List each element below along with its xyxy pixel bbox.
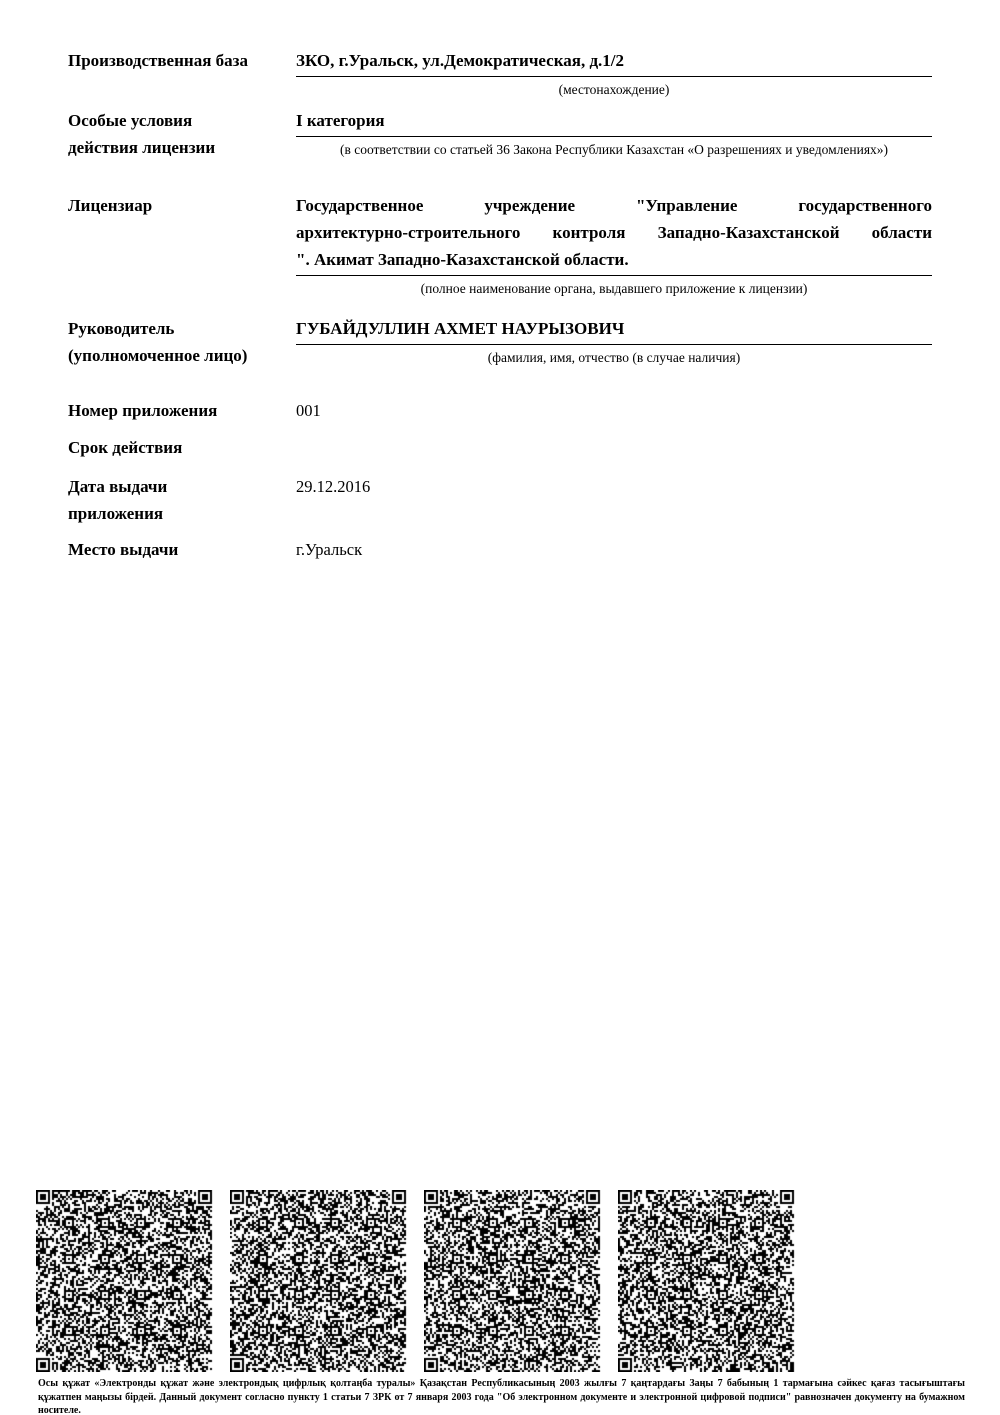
- qr-code-2: [230, 1190, 407, 1372]
- field-special-conditions: Особые условия действия лицензии I катег…: [68, 107, 932, 161]
- license-attachment-document: Производственная база ЗКО, г.Уральск, ул…: [0, 0, 1000, 1415]
- field-label-validity-period: Срок действия: [68, 434, 296, 461]
- head-value: ГУБАЙДУЛЛИН АХМЕТ НАУРЫЗОВИЧ: [296, 315, 932, 345]
- field-licensor: Лицензиар Государственное учреждение "Уп…: [68, 192, 932, 297]
- field-label-production-base: Производственная база: [68, 47, 296, 98]
- licensor-value-line: Государственное учреждение "Управление г…: [296, 192, 932, 219]
- field-label-head: Руководитель (уполномоченное лицо): [68, 315, 296, 369]
- field-value-group: г.Уральск: [296, 536, 932, 563]
- field-label-attachment-number: Номер приложения: [68, 397, 296, 424]
- field-label-issue-date: Дата выдачи приложения: [68, 473, 296, 527]
- production-base-caption: (местонахождение): [296, 77, 932, 98]
- field-value-group: 001: [296, 397, 932, 424]
- field-attachment-number: Номер приложения 001: [68, 397, 932, 424]
- field-value-group: [296, 434, 932, 461]
- field-value-group: Государственное учреждение "Управление г…: [296, 192, 932, 297]
- field-head: Руководитель (уполномоченное лицо) ГУБАЙ…: [68, 315, 932, 369]
- licensor-caption: (полное наименование органа, выдавшего п…: [296, 276, 932, 297]
- field-issue-date: Дата выдачи приложения 29.12.2016: [68, 473, 932, 527]
- licensor-value-line: ". Акимат Западно-Казахстанской области.: [296, 246, 932, 273]
- field-production-base: Производственная база ЗКО, г.Уральск, ул…: [68, 47, 932, 98]
- head-caption: (фамилия, имя, отчество (в случае наличи…: [296, 345, 932, 366]
- attachment-number-value: 001: [296, 397, 932, 424]
- field-value-group: ГУБАЙДУЛЛИН АХМЕТ НАУРЫЗОВИЧ (фамилия, и…: [296, 315, 932, 369]
- qr-code-4: [618, 1190, 795, 1372]
- field-value-group: 29.12.2016: [296, 473, 932, 527]
- issue-date-value: 29.12.2016: [296, 473, 932, 500]
- field-label-licensor: Лицензиар: [68, 192, 296, 297]
- licensor-value-line: архитектурно-строительного контроля Запа…: [296, 219, 932, 246]
- production-base-value: ЗКО, г.Уральск, ул.Демократическая, д.1/…: [296, 47, 932, 77]
- field-issue-place: Место выдачи г.Уральск: [68, 536, 932, 563]
- qr-code-3: [424, 1190, 601, 1372]
- field-validity-period: Срок действия: [68, 434, 932, 461]
- licensor-value: Государственное учреждение "Управление г…: [296, 192, 932, 276]
- field-value-group: ЗКО, г.Уральск, ул.Демократическая, д.1/…: [296, 47, 932, 98]
- field-label-issue-place: Место выдачи: [68, 536, 296, 563]
- field-label-special-conditions: Особые условия действия лицензии: [68, 107, 296, 161]
- special-conditions-caption: (в соответствии со статьей 36 Закона Рес…: [296, 137, 932, 158]
- footer-legal-note: Осы құжат «Электронды құжат және электро…: [38, 1377, 965, 1415]
- issue-place-value: г.Уральск: [296, 536, 932, 563]
- field-value-group: I категория (в соответствии со статьей 3…: [296, 107, 932, 161]
- special-conditions-value: I категория: [296, 107, 932, 137]
- qr-code-1: [36, 1190, 213, 1372]
